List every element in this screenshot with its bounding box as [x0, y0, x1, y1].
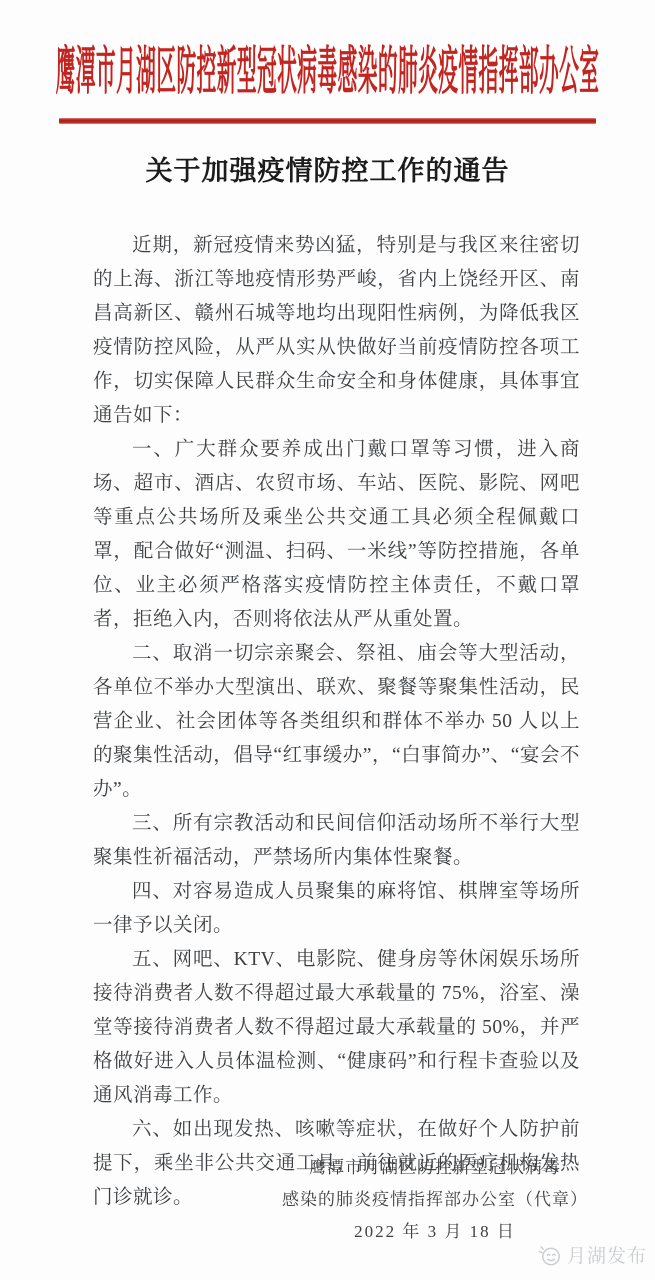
notice-title: 关于加强疫情防控工作的通告 [0, 154, 655, 188]
paragraph-item-5: 五、网吧、KTV、电影院、健身房等休闲娱乐场所接待消费者人数不得超过最大承载量的… [93, 943, 580, 1113]
paragraph-item-1: 一、广大群众要养成出门戴口罩等习惯，进入商场、超市、酒店、农贸市场、车站、医院、… [93, 433, 580, 637]
notice-body: 近期，新冠疫情来势凶猛，特别是与我区来往密切的上海、浙江等地疫情形势严峻，省内上… [93, 229, 580, 1215]
paragraph-item-3: 三、所有宗教活动和民间信仰活动场所不举行大型聚集性祈福活动，严禁场所内集体性聚餐… [93, 807, 580, 875]
watermark-label: 月湖发布 [567, 1241, 647, 1268]
signature-block: 鹰潭市月湖区防控新型冠状病毒 感染的肺炎疫情指挥部办公室（代章） 2022 年 … [265, 1152, 605, 1248]
paragraph-intro: 近期，新冠疫情来势凶猛，特别是与我区来往密切的上海、浙江等地疫情形势严峻，省内上… [93, 229, 580, 433]
signature-org-line2: 感染的肺炎疫情指挥部办公室（代章） [265, 1184, 605, 1216]
notice-document-page: 鹰潭市月湖区防控新型冠状病毒感染的肺炎疫情指挥部办公室 关于加强疫情防控工作的通… [0, 0, 655, 1280]
letterhead-org-name: 鹰潭市月湖区防控新型冠状病毒感染的肺炎疫情指挥部办公室 [56, 29, 600, 104]
laughing-face-icon [537, 1243, 563, 1267]
letterhead-banner: 鹰潭市月湖区防控新型冠状病毒感染的肺炎疫情指挥部办公室 [0, 33, 655, 99]
red-divider-rule [59, 118, 596, 124]
signature-org-line1: 鹰潭市月湖区防控新型冠状病毒 [265, 1152, 605, 1184]
paragraph-item-4: 四、对容易造成人员聚集的麻将馆、棋牌室等场所一律予以关闭。 [93, 875, 580, 943]
paragraph-item-2: 二、取消一切宗亲聚会、祭祖、庙会等大型活动，各单位不举办大型演出、联欢、聚餐等聚… [93, 637, 580, 807]
watermark: 月湖发布 [537, 1241, 647, 1268]
